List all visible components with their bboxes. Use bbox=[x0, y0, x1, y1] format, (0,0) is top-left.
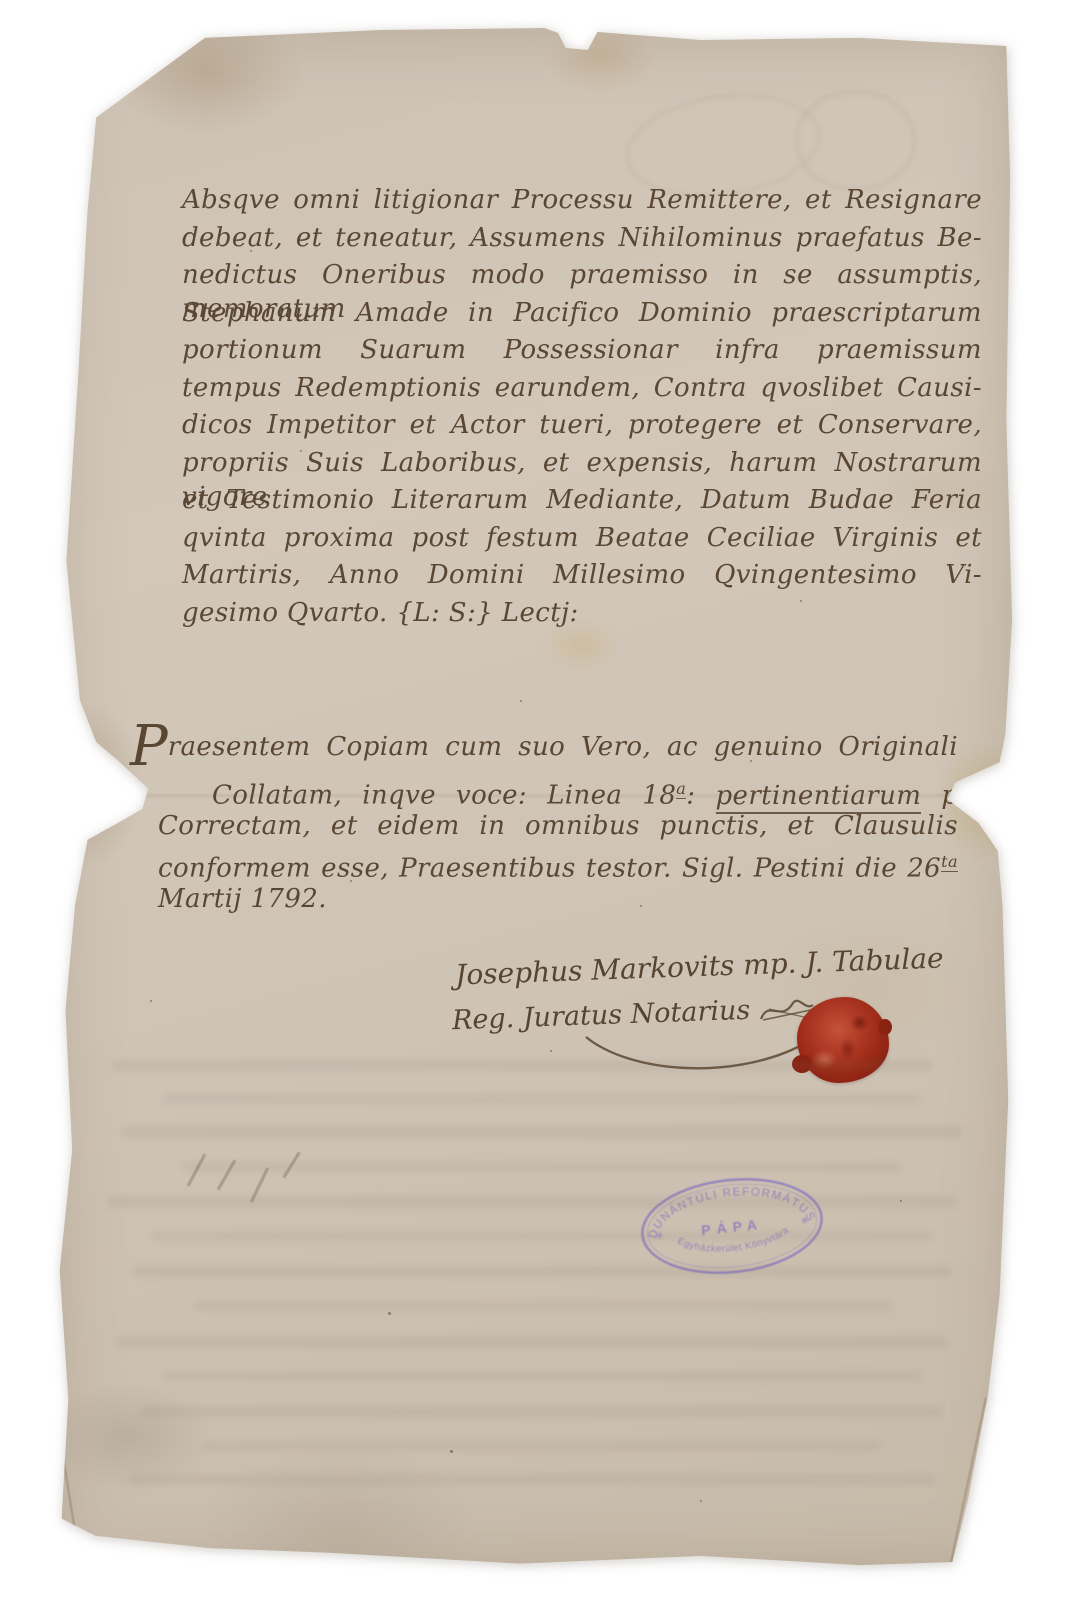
paper-speck bbox=[300, 450, 302, 452]
paper-speck bbox=[550, 1050, 552, 1052]
paper-speck bbox=[450, 1450, 453, 1453]
watermark bbox=[795, 90, 916, 191]
wax-seal bbox=[797, 997, 889, 1083]
paper-speck bbox=[150, 1000, 152, 1002]
left-edge-crease bbox=[57, 1423, 77, 1540]
manuscript-line: Absqve omni litigionar Processu Remitter… bbox=[182, 183, 982, 217]
wax-seal-blob bbox=[878, 1019, 892, 1035]
wax-seal-blob bbox=[792, 1055, 812, 1073]
manuscript-line: Stephanum Amade in Pacifico Dominio prae… bbox=[182, 296, 982, 330]
stamp-star-right: ✳ bbox=[800, 1215, 810, 1228]
manuscript-line: Martiris, Anno Domini Millesimo Qvingent… bbox=[182, 558, 982, 592]
manuscript-line: portionum Suarum Possessionar infra prae… bbox=[182, 333, 982, 367]
manuscript-photo: { "document": { "body_paragraph": { "lin… bbox=[0, 0, 1068, 1600]
paper-speck bbox=[700, 1500, 702, 1502]
ink-slash-marks bbox=[217, 1160, 237, 1191]
paper-speck bbox=[350, 880, 352, 882]
manuscript-line: Praesentem Copiam cum suo Vero, ac genui… bbox=[130, 730, 958, 764]
manuscript-line: et Testimonio Literarum Mediante, Datum … bbox=[182, 483, 982, 517]
paper-speck bbox=[800, 600, 802, 602]
paper-speck bbox=[520, 700, 522, 702]
signature-paraph bbox=[580, 1025, 820, 1085]
stamp-center: PÁPA bbox=[701, 1216, 764, 1238]
ink-slash-marks bbox=[187, 1153, 207, 1186]
ink-slash-marks bbox=[250, 1167, 269, 1202]
manuscript-line: Martij 1792. bbox=[158, 882, 958, 916]
paper-sheet: Absqve omni litigionar Processu Remitter… bbox=[52, 26, 1014, 1576]
paper-speck bbox=[388, 1312, 391, 1315]
manuscript-line: qvinta proxima post festum Beatae Cecili… bbox=[182, 521, 982, 555]
paper-speck bbox=[640, 905, 642, 907]
drop-cap: P bbox=[130, 714, 168, 779]
stamp-star-left: ✳ bbox=[655, 1230, 665, 1243]
ink-slash-marks bbox=[282, 1151, 300, 1178]
paper-speck bbox=[850, 320, 852, 322]
superscript: ta bbox=[941, 852, 958, 872]
manuscript-line: tempus Redemptionis earundem, Contra qvo… bbox=[182, 371, 982, 405]
paper-sheet-wrap: Absqve omni litigionar Processu Remitter… bbox=[52, 26, 1014, 1576]
manuscript-line: dicos Impetitor et Actor tueri, proteger… bbox=[182, 408, 982, 442]
dog-ear-crease bbox=[949, 1398, 986, 1567]
paper-speck bbox=[900, 1200, 902, 1202]
superscript: a bbox=[676, 779, 686, 799]
manuscript-line: Collatam, inqve voce: Linea 18a: pertine… bbox=[212, 772, 987, 813]
signature-name: Josephus Markovits mp. J. Tabulae bbox=[455, 941, 945, 991]
manuscript-line: debeat, et teneatur, Assumens Nihilominu… bbox=[182, 221, 982, 255]
library-stamp: DUNÁNTÚLI REFORMÁTUS Egyházkerület Könyv… bbox=[632, 1166, 831, 1285]
manuscript-line: conformem esse, Praesentibus testor. Sig… bbox=[158, 845, 958, 886]
manuscript-line: Correctam, et eidem in omnibus punctis, … bbox=[158, 809, 958, 843]
paper-speck bbox=[750, 760, 752, 762]
paper-speck bbox=[250, 250, 252, 252]
manuscript-line: gesimo Qvarto. {L: S:} Lectj: bbox=[182, 596, 982, 630]
